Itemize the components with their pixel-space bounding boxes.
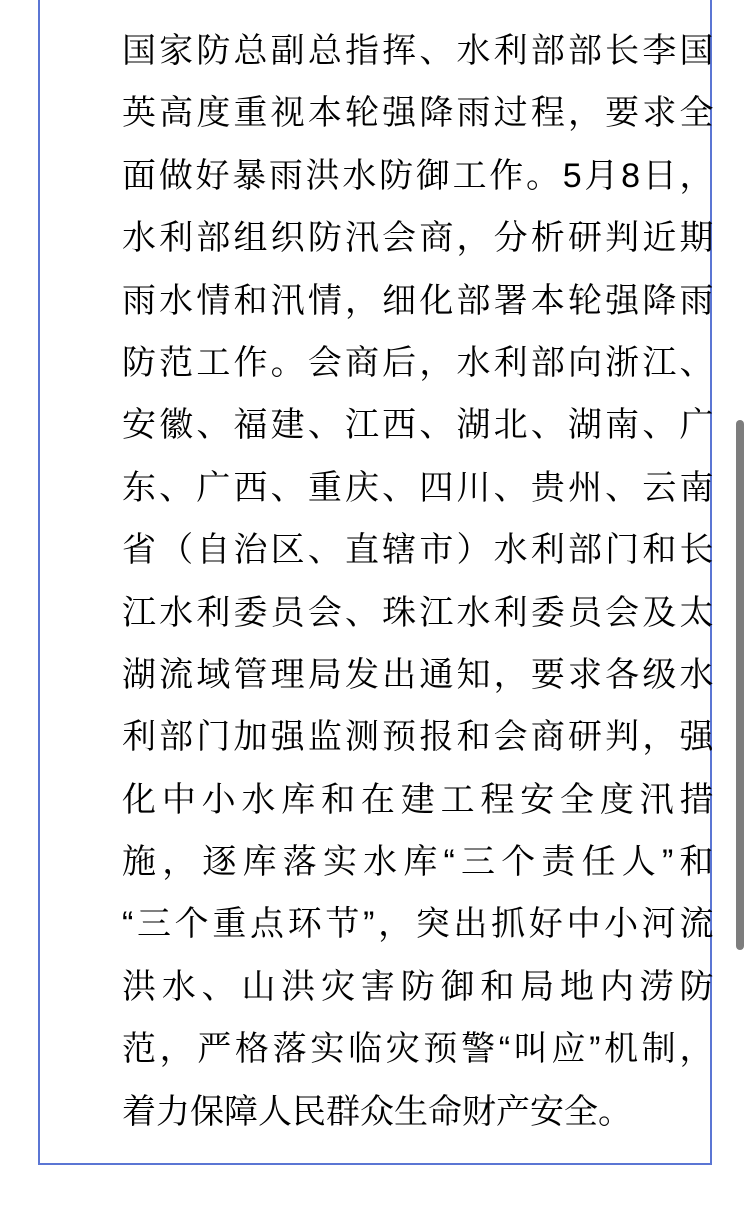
article-line: 安徽、福建、江西、湖北、湖南、广	[122, 394, 714, 456]
article-line: 湖流域管理局发出通知，要求各级水	[122, 644, 714, 706]
article-line: 化中小水库和在建工程安全度汛措	[122, 769, 714, 831]
article-line: 省（自治区、直辖市）水利部门和长	[122, 519, 714, 581]
article-line: 施，逐库落实水库“三个责任人”和	[122, 831, 714, 893]
article-line-last: 着力保障人民群众生命财产安全。	[122, 1081, 714, 1143]
article-line: 范，严格落实临灾预警“叫应”机制，	[122, 1018, 714, 1080]
article-line: 洪水、山洪灾害防御和局地内涝防	[122, 956, 714, 1018]
article-line: 面做好暴雨洪水防御工作。5月8日，	[122, 145, 714, 207]
article-line: 水利部组织防汛会商，分析研判近期	[122, 207, 714, 269]
article-paragraph[interactable]: 国家防总副总指挥、水利部部长李国 英高度重视本轮强降雨过程，要求全 面做好暴雨洪…	[122, 20, 714, 1143]
article-line: 利部门加强监测预报和会商研判，强	[122, 706, 714, 768]
article-line: 雨水情和汛情，细化部署本轮强降雨	[122, 270, 714, 332]
article-line: 英高度重视本轮强降雨过程，要求全	[122, 82, 714, 144]
scrollbar-thumb[interactable]	[736, 420, 744, 950]
page-viewport: 国家防总副总指挥、水利部部长李国 英高度重视本轮强降雨过程，要求全 面做好暴雨洪…	[0, 0, 750, 1208]
article-line: 国家防总副总指挥、水利部部长李国	[122, 20, 714, 82]
article-line: 东、广西、重庆、四川、贵州、云南	[122, 457, 714, 519]
article-line: 江水利委员会、珠江水利委员会及太	[122, 582, 714, 644]
article-line: “三个重点环节”，突出抓好中小河流	[122, 893, 714, 955]
article-container: 国家防总副总指挥、水利部部长李国 英高度重视本轮强降雨过程，要求全 面做好暴雨洪…	[38, 0, 712, 1165]
article-line: 防范工作。会商后，水利部向浙江、	[122, 332, 714, 394]
